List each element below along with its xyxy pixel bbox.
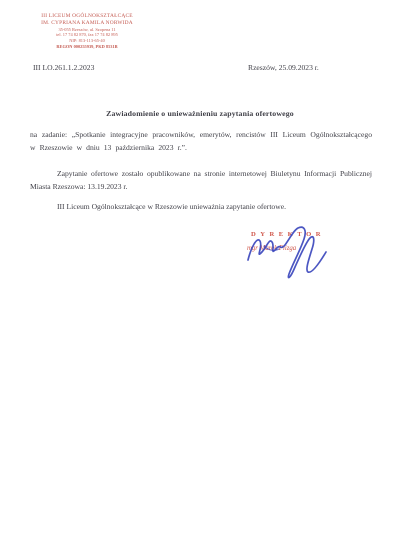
director-name-stamp: mgr Marek Plizga: [247, 245, 296, 252]
stamp-line-patron: IM. CYPRIANA KAMILA NORWIDA: [26, 20, 148, 27]
scanned-letter-page: III LICEUM OGÓLNOKSZTAŁCĄCE IM. CYPRIANA…: [0, 0, 400, 550]
director-role-stamp: DYREKTOR: [251, 231, 325, 238]
stamp-line-regon: REGON 000255939, PKD 8531B: [26, 44, 148, 50]
place-and-date: Rzeszów, 25.09.2023 r.: [248, 63, 319, 72]
document-title: Zawiadomienie o unieważnieniu zapytania …: [30, 109, 370, 118]
stamp-line-school-name: III LICEUM OGÓLNOKSZTAŁCĄCE: [26, 13, 148, 20]
paragraph-task-description: na zadanie: „Spotkanie integracyjne prac…: [30, 128, 372, 154]
paragraph-annulment-statement: III Liceum Ogólnokształcące w Rzeszowie …: [30, 200, 372, 213]
reference-number: III LO.261.1.2.2023: [33, 63, 94, 72]
school-stamp: III LICEUM OGÓLNOKSZTAŁCĄCE IM. CYPRIANA…: [26, 13, 148, 49]
paragraph-publication-info: Zapytanie ofertowe zostało opublikowane …: [30, 167, 372, 193]
